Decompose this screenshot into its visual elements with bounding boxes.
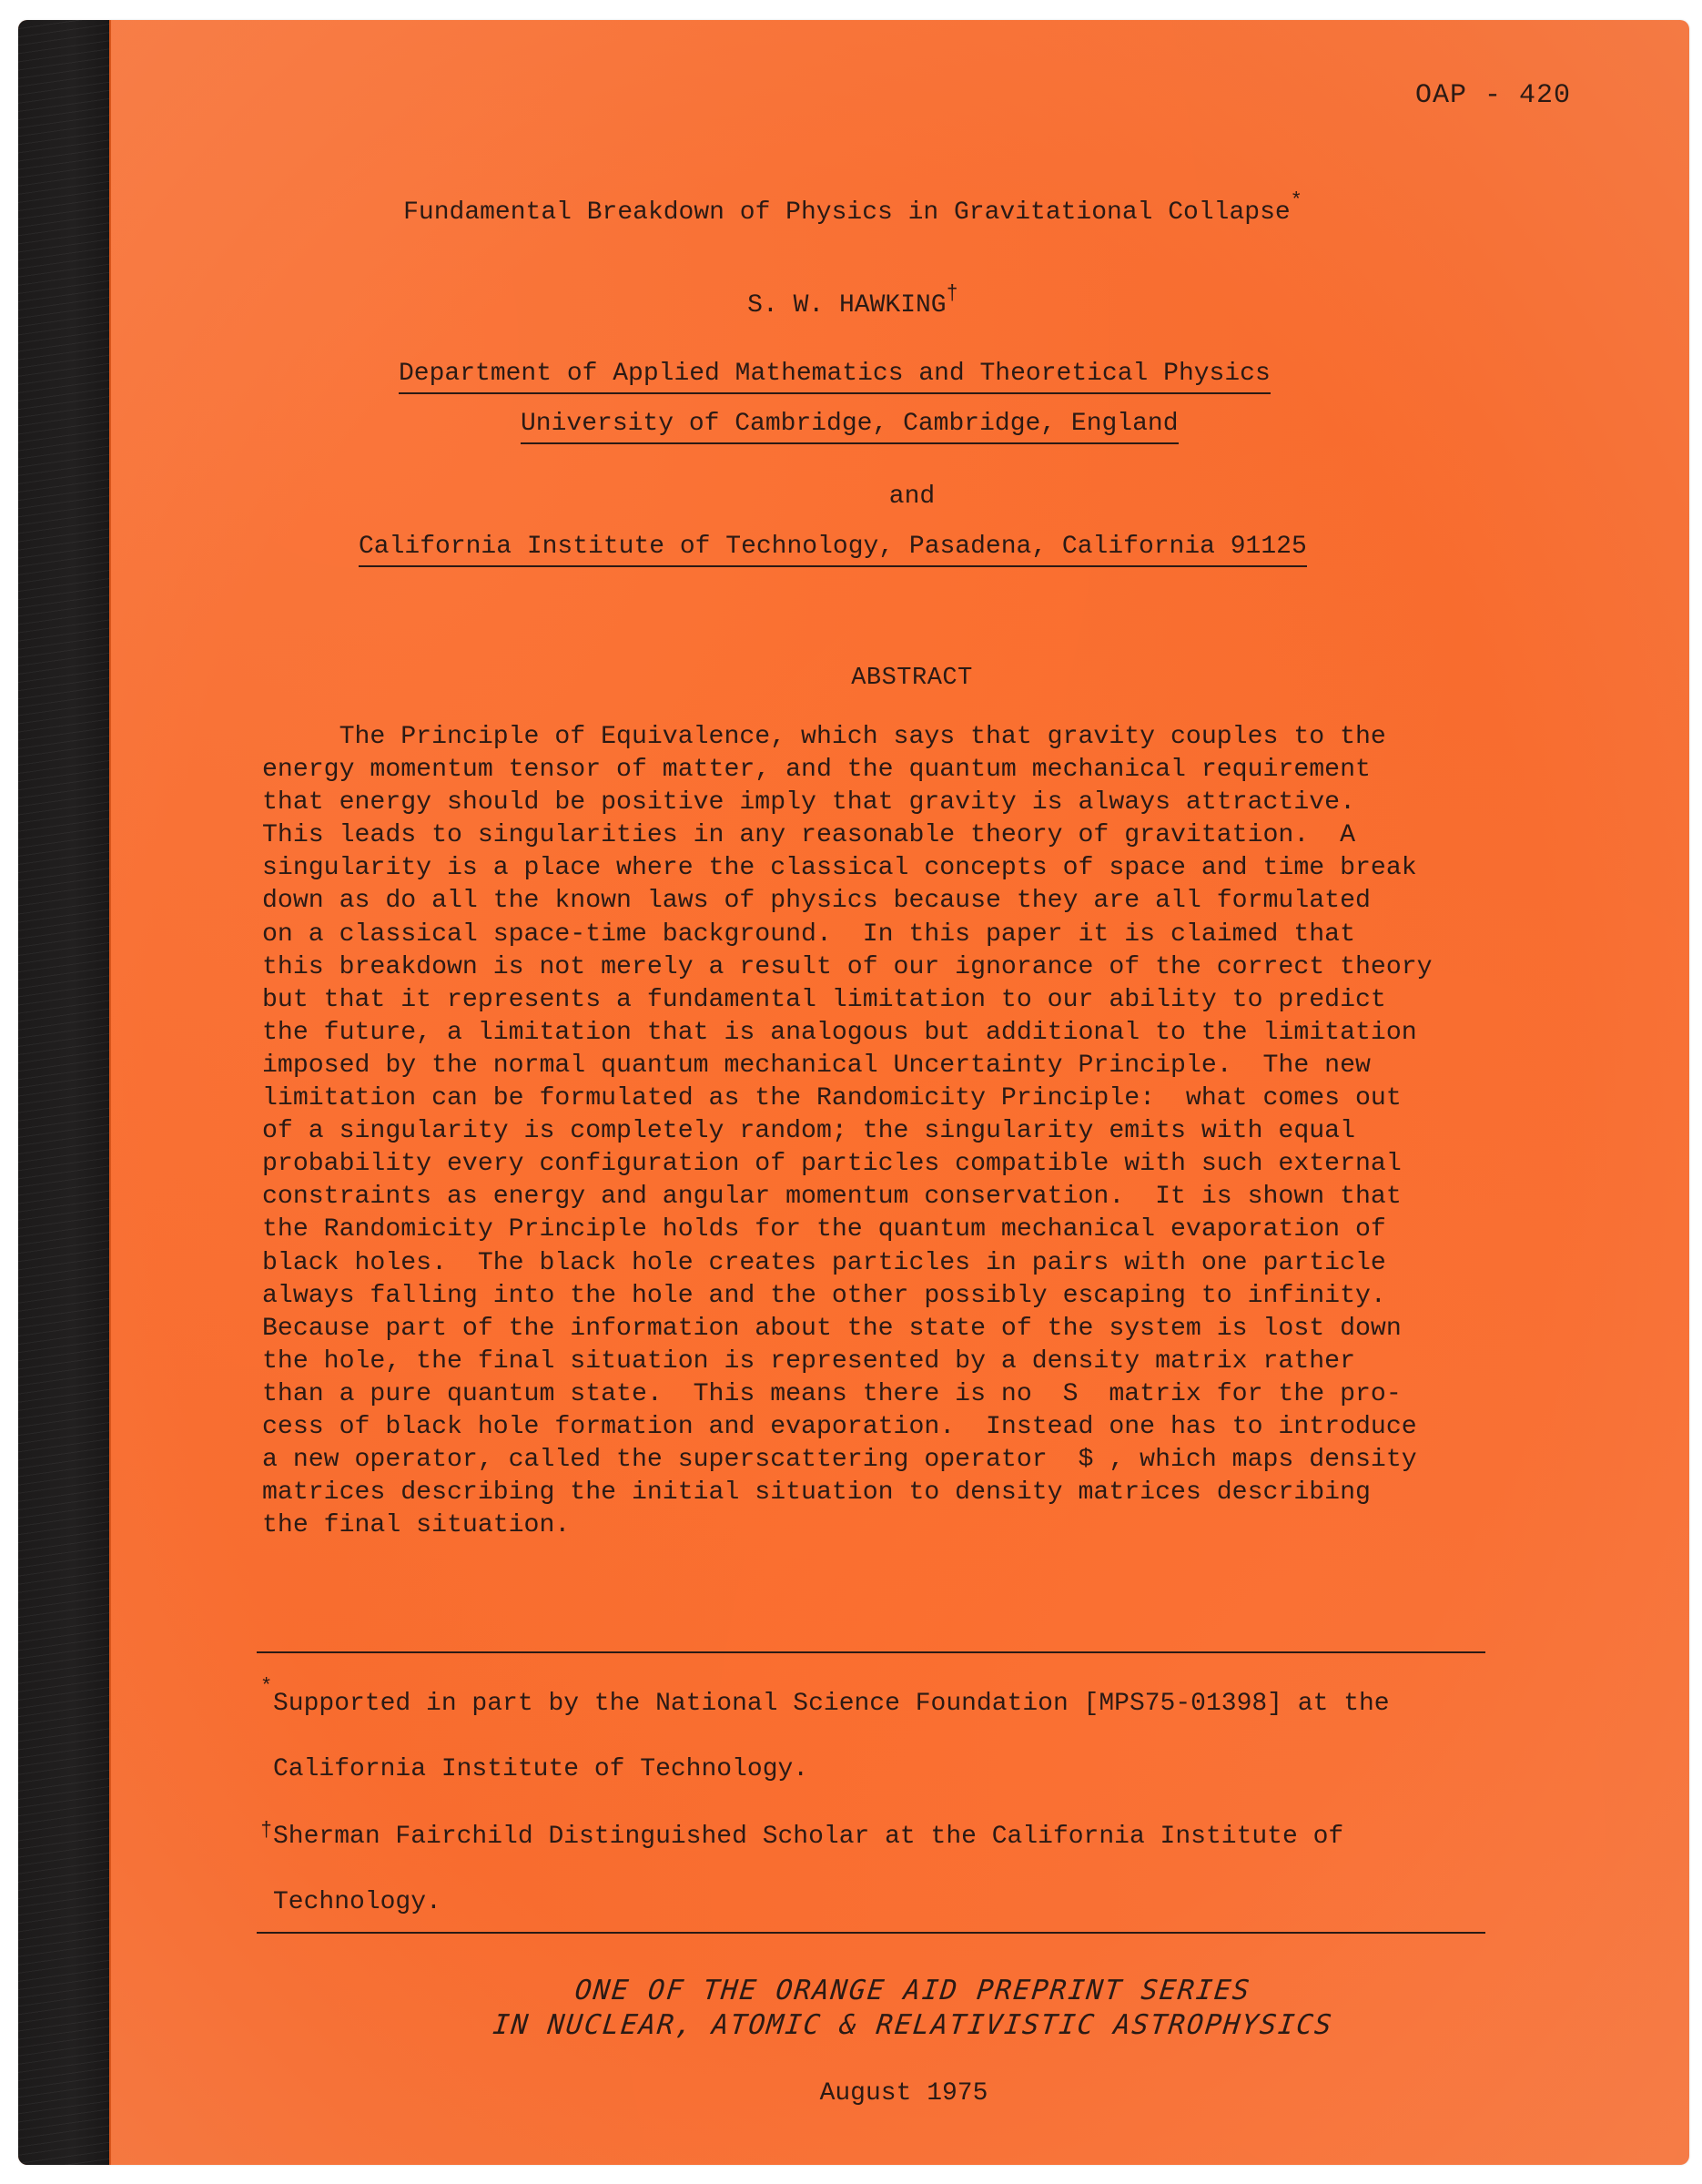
author-footnote-mark: †: [947, 282, 958, 305]
affiliation-caltech: California Institute of Technology, Pasa…: [359, 534, 1307, 567]
title-text: Fundamental Breakdown of Physics in Grav…: [403, 198, 1291, 227]
abstract-line: This leads to singularities in any reaso…: [262, 819, 1555, 852]
author-text: S. W. HAWKING: [747, 291, 946, 320]
preprint-series-line: IN NUCLEAR, ATOMIC & RELATIVISTIC ASTROP…: [135, 2012, 1689, 2039]
abstract-line: black holes. The black hole creates part…: [262, 1247, 1555, 1280]
affiliation-department: Department of Applied Mathematics and Th…: [399, 361, 1271, 394]
abstract-heading: ABSTRACT: [18, 665, 1689, 692]
abstract-line: limitation can be formulated as the Rand…: [262, 1082, 1555, 1115]
abstract-line: constraints as energy and angular moment…: [262, 1181, 1555, 1214]
author-name: S. W. HAWKING†: [364, 293, 1342, 319]
publication-date: August 1975: [109, 2081, 1689, 2107]
abstract-line: that energy should be positive imply tha…: [262, 787, 1555, 819]
binding-tape: [18, 20, 111, 2165]
footnote-1-line: California Institute of Technology.: [273, 1757, 808, 1783]
abstract-body: The Principle of Equivalence, which says…: [262, 721, 1555, 1542]
abstract-line: energy momentum tensor of matter, and th…: [262, 754, 1555, 787]
abstract-line: the Randomicity Principle holds for the …: [262, 1214, 1555, 1246]
preprint-cover-page: OAP - 420 Fundamental Breakdown of Physi…: [18, 20, 1689, 2165]
abstract-line: Because part of the information about th…: [262, 1313, 1555, 1346]
abstract-line: The Principle of Equivalence, which says…: [262, 721, 1555, 754]
preprint-series-line: ONE OF THE ORANGE AID PREPRINT SERIES: [135, 1977, 1689, 2005]
abstract-line: than a pure quantum state. This means th…: [262, 1378, 1555, 1411]
footnote-divider-bottom: [257, 1932, 1485, 1934]
abstract-line: on a classical space-time background. In…: [262, 919, 1555, 951]
abstract-line: of a singularity is completely random; t…: [262, 1115, 1555, 1148]
footnote-2-line: Technology.: [273, 1890, 441, 1915]
abstract-line: singularity is a place where the classic…: [262, 852, 1555, 885]
abstract-line: the final situation.: [262, 1509, 1555, 1542]
abstract-line: but that it represents a fundamental lim…: [262, 984, 1555, 1017]
footnote-2-mark: †: [260, 1821, 272, 1841]
affiliation-conjunction: and: [18, 484, 1689, 510]
abstract-line: this breakdown is not merely a result of…: [262, 951, 1555, 984]
footnote-2-line: Sherman Fairchild Distinguished Scholar …: [273, 1824, 1343, 1850]
document-number: OAP - 420: [1415, 82, 1571, 109]
abstract-line: the future, a limitation that is analogo…: [262, 1017, 1555, 1050]
abstract-line: always falling into the hole and the oth…: [262, 1280, 1555, 1313]
abstract-line: the hole, the final situation is represe…: [262, 1346, 1555, 1378]
affiliation-university: University of Cambridge, Cambridge, Engl…: [521, 411, 1179, 444]
abstract-line: probability every configuration of parti…: [262, 1148, 1555, 1181]
footnote-divider-top: [257, 1651, 1485, 1653]
abstract-line: cess of black hole formation and evapora…: [262, 1411, 1555, 1444]
footnote-1-line: Supported in part by the National Scienc…: [273, 1691, 1390, 1717]
footnote-1-mark: *: [260, 1677, 272, 1697]
abstract-line: a new operator, called the superscatteri…: [262, 1444, 1555, 1477]
paper-title: Fundamental Breakdown of Physics in Grav…: [364, 200, 1342, 226]
abstract-line: matrices describing the initial situatio…: [262, 1477, 1555, 1509]
abstract-line: down as do all the known laws of physics…: [262, 885, 1555, 918]
title-footnote-mark: *: [1291, 189, 1302, 212]
abstract-line: imposed by the normal quantum mechanical…: [262, 1050, 1555, 1082]
